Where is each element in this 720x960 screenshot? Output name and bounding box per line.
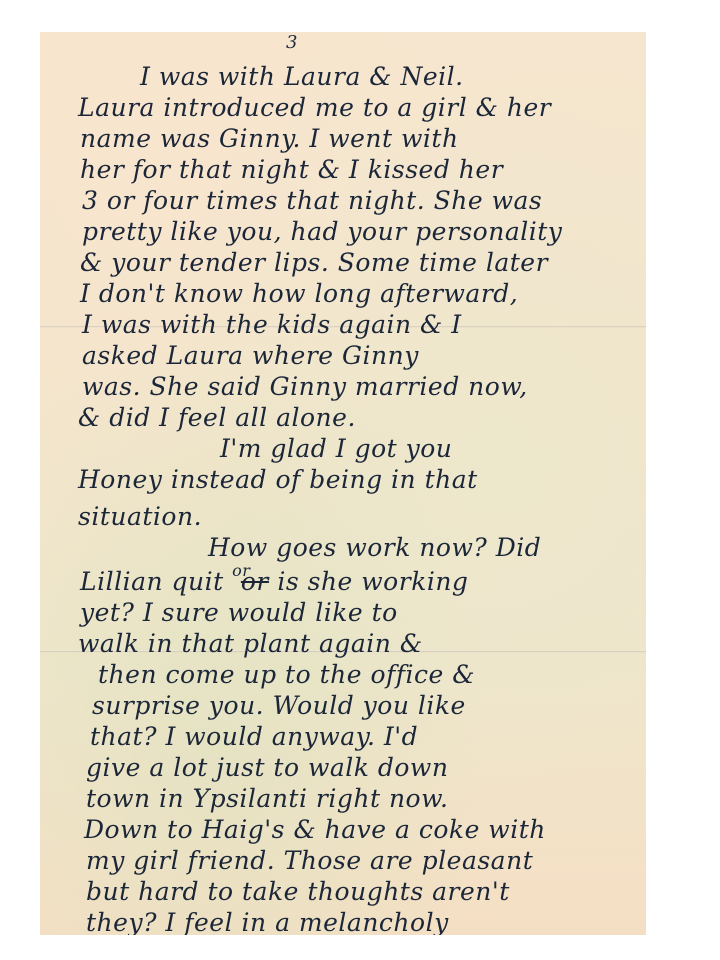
- letter-line: they? I feel in a melancholy: [86, 908, 449, 935]
- letter-line: give a lot just to walk down: [86, 753, 448, 783]
- letter-line: asked Laura where Ginny: [82, 341, 419, 371]
- letter-line: How goes work now? Did: [208, 533, 541, 563]
- letter-text: Lillian quit: [80, 567, 224, 596]
- letter-line: surprise you. Would you like: [92, 691, 466, 721]
- letter-line: pretty like you, had your personality: [82, 217, 562, 247]
- letter-line: was. She said Ginny married now,: [82, 372, 528, 402]
- letter-line: her for that night & I kissed her: [80, 155, 503, 185]
- letter-line: & did I feel all alone.: [78, 403, 356, 433]
- letter-line: Honey instead of being in that: [78, 465, 478, 495]
- letter-page: 3 I was with Laura & Neil. Laura introdu…: [40, 32, 646, 935]
- letter-line: Down to Haig's & have a coke with: [84, 815, 546, 845]
- letter-line: then come up to the office &: [98, 660, 475, 690]
- letter-line: that? I would anyway. I'd: [90, 722, 418, 752]
- letter-line: 3 or four times that night. She was: [82, 186, 542, 216]
- letter-line: Laura introduced me to a girl & her: [78, 93, 551, 123]
- inserted-correction: or: [232, 561, 250, 580]
- letter-line: town in Ypsilanti right now.: [86, 784, 449, 814]
- letter-line: my girl friend. Those are pleasant: [86, 846, 533, 876]
- letter-line: but hard to take thoughts aren't: [86, 877, 510, 907]
- letter-line: yet? I sure would like to: [80, 598, 398, 628]
- letter-line: Lillian quit or or is she working: [80, 567, 468, 600]
- page-number: 3: [286, 32, 297, 53]
- letter-line: & your tender lips. Some time later: [80, 248, 548, 278]
- letter-line: walk in that plant again &: [78, 629, 423, 659]
- letter-line: I don't know how long afterward,: [80, 279, 518, 309]
- letter-line: I was with the kids again & I: [82, 310, 462, 340]
- letter-text: is she working: [277, 567, 468, 596]
- letter-line: I was with Laura & Neil.: [140, 62, 464, 92]
- letter-line: situation.: [78, 502, 202, 532]
- letter-line: I'm glad I got you: [220, 434, 452, 464]
- letter-line: name was Ginny. I went with: [80, 124, 459, 154]
